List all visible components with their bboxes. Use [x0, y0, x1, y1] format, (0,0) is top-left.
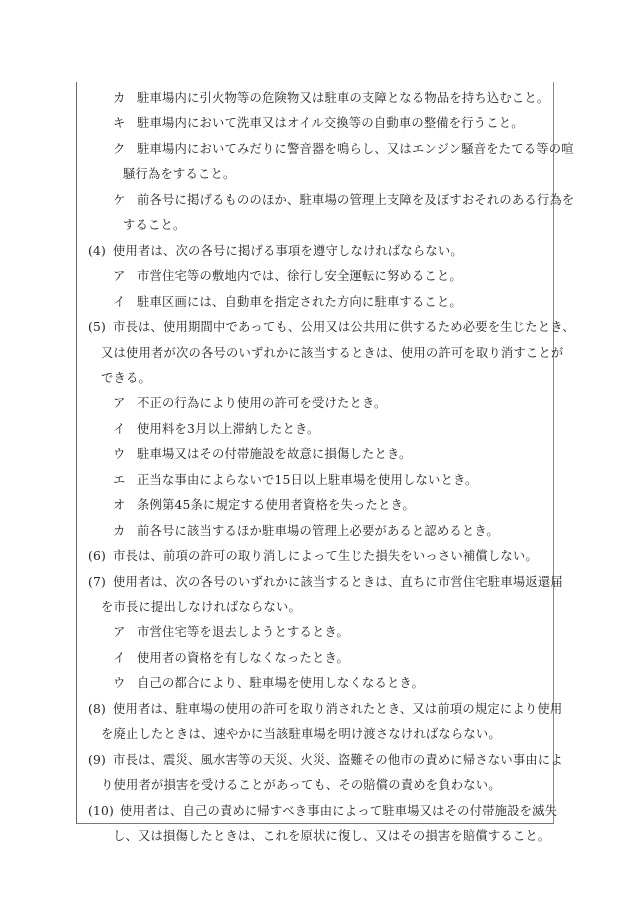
clause-text: 自己の都合により、駐車場を使用しなくなるとき。	[137, 671, 424, 697]
clause-number: (8)	[88, 697, 106, 723]
clause-text: 駐車場内に引火物等の危険物又は駐車の支障となる物品を持ち込むこと。	[137, 86, 549, 112]
clause-text: を廃止したときは、速やかに当該駐車場を明け渡さなければならない。	[101, 722, 501, 748]
clause-number: (4)	[88, 239, 106, 265]
clause-text: 市営住宅等の敷地内では、徐行し安全運転に努めること。	[137, 264, 462, 290]
clause-number: イ	[113, 646, 126, 672]
clause-text: 使用者の資格を有しなくなったとき。	[137, 646, 349, 672]
clause-text: 使用者は、次の各号に掲げる事項を遵守しなければならない。	[113, 239, 463, 265]
clause-number: キ	[113, 111, 126, 137]
clause-text: 不正の行為により使用の許可を受けたとき。	[137, 391, 386, 417]
clause-number: ア	[113, 264, 126, 290]
clause-number: (6)	[88, 544, 106, 570]
clause-text: 市長は、使用期間中であっても、公用又は公共用に供するため必要を生じたとき、	[113, 315, 575, 341]
clause-text: 使用料を3月以上滞納したとき。	[137, 417, 320, 443]
clause-text: り使用者が損害を受けることがあっても、その賠償の責めを負わない。	[101, 773, 501, 799]
clause-text: 又は使用者が次の各号のいずれかに該当するときは、使用の許可を取り消すことが	[101, 341, 563, 367]
clause-number: (5)	[88, 315, 106, 341]
clause-text: 使用者は、自己の責めに帰すべき事由によって駐車場又はその付帯施設を滅失	[120, 799, 557, 825]
clause-text: 騒行為をすること。	[123, 162, 235, 188]
clause-text: 条例第45条に規定する使用者資格を失ったとき。	[137, 493, 415, 519]
document-frame: カ駐車場内に引火物等の危険物又は駐車の支障となる物品を持ち込むこと。キ駐車場内に…	[76, 82, 554, 824]
clause-text: 前各号に該当するほか駐車場の管理上必要があると認めるとき。	[137, 519, 499, 545]
clause-number: ア	[113, 620, 126, 646]
clause-text: 駐車場又はその付帯施設を故意に損傷したとき。	[137, 442, 411, 468]
clause-text: 駐車場内において洗車又はオイル交換等の自動車の整備を行うこと。	[137, 111, 524, 137]
clause-text: 市営住宅等を退去しようとするとき。	[137, 620, 349, 646]
clause-text: を市長に提出しなければならない。	[101, 595, 301, 621]
clause-number: (7)	[88, 570, 106, 596]
clause-number: カ	[113, 519, 126, 545]
clause-number: イ	[113, 417, 126, 443]
clause-number: オ	[113, 493, 126, 519]
clause-text: 前各号に掲げるもののほか、駐車場の管理上支障を及ぼすおそれのある行為を	[137, 188, 574, 214]
clause-text: 正当な事由によらないで15日以上駐車場を使用しないとき。	[137, 468, 477, 494]
clause-text: し、又は損傷したときは、これを原状に復し、又はその損害を賠償すること。	[113, 824, 550, 850]
clause-number: ア	[113, 391, 126, 417]
clause-text: 市長は、前項の許可の取り消しによって生じた損失をいっさい補償しない。	[113, 544, 538, 570]
clause-number: エ	[113, 468, 126, 494]
clause-number: カ	[113, 86, 126, 112]
clause-text: 駐車場内においてみだりに警音器を鳴らし、又はエンジン騒音をたてる等の喧	[137, 137, 574, 163]
clause-number: ケ	[113, 188, 126, 214]
clause-text: すること。	[123, 213, 186, 239]
clause-text: 使用者は、次の各号のいずれかに該当するときは、直ちに市営住宅駐車場返還届	[113, 570, 563, 596]
clause-number: (10)	[88, 799, 114, 825]
clause-number: ウ	[113, 671, 126, 697]
clause-number: ウ	[113, 442, 126, 468]
clause-text: できる。	[101, 366, 151, 392]
clause-text: 駐車区画には、自動車を指定された方向に駐車すること。	[137, 290, 462, 316]
clause-text: 市長は、震災、風水害等の天災、火災、盗難その他市の責めに帰さない事由によ	[113, 748, 563, 774]
clause-text: 使用者は、駐車場の使用の許可を取り消されたとき、又は前項の規定により使用	[113, 697, 562, 723]
clause-number: (9)	[88, 748, 106, 774]
clause-number: ク	[113, 137, 126, 163]
clause-number: イ	[113, 290, 126, 316]
